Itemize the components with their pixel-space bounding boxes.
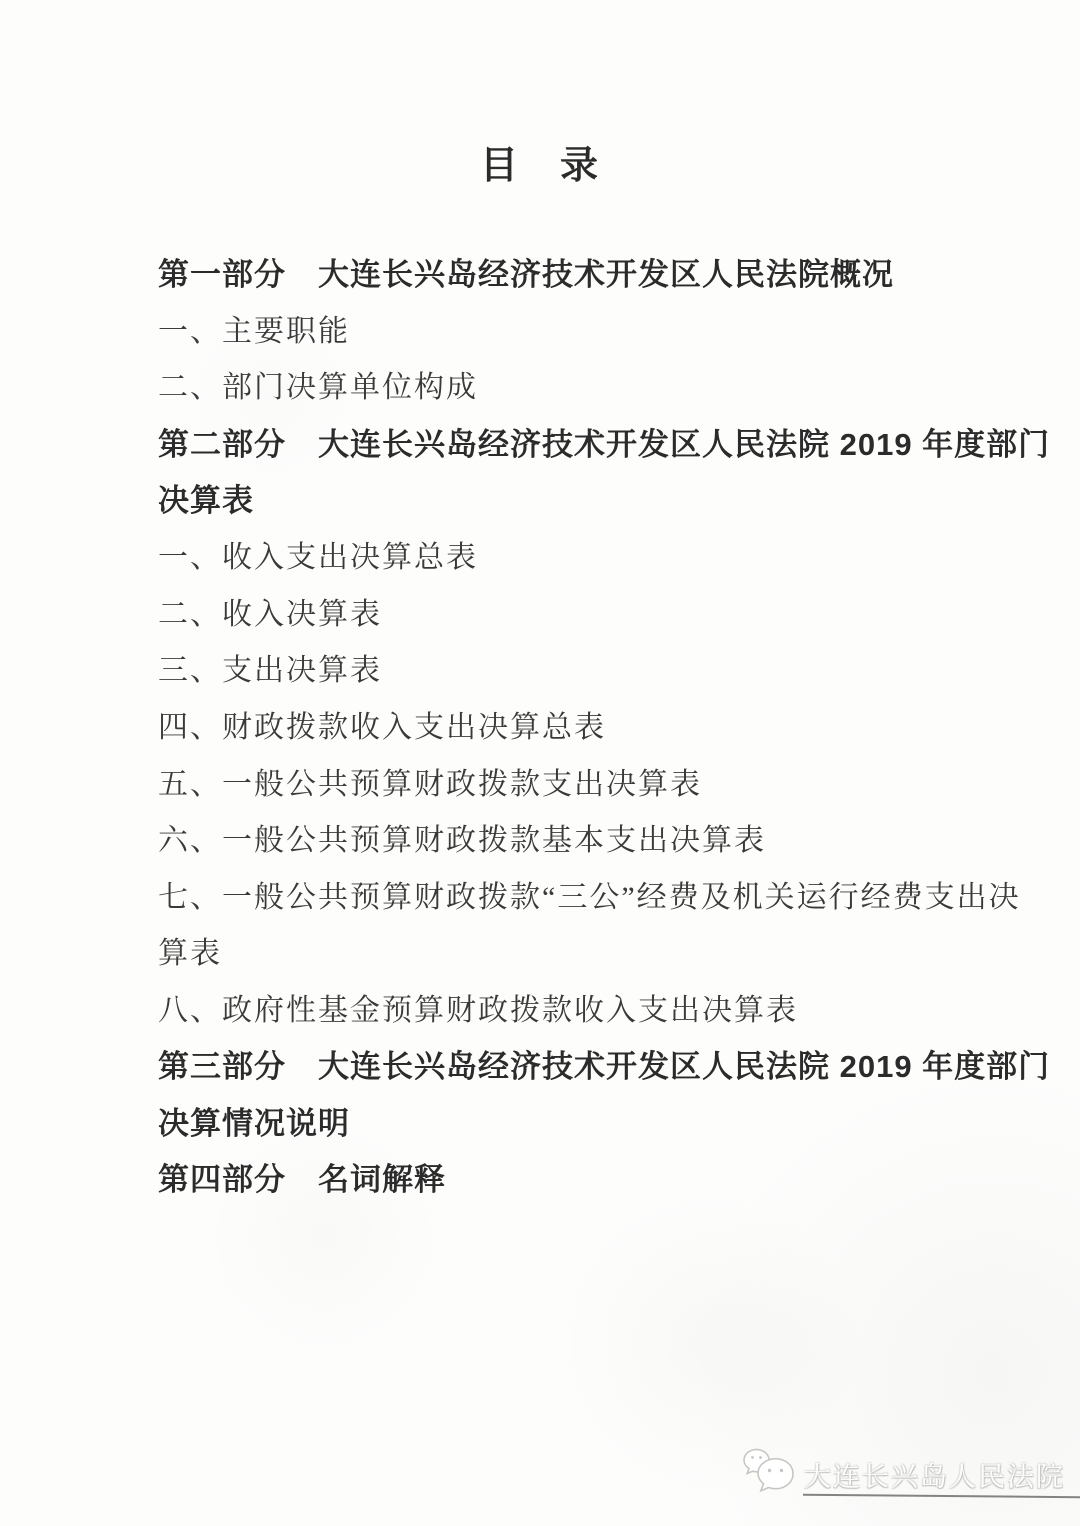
toc-item: 五、一般公共预算财政拨款支出决算表: [158, 752, 948, 809]
toc-heading: 第四部分 名词解释: [158, 1149, 948, 1206]
toc-heading: 第三部分 大连长兴岛经济技术开发区人民法院 2019 年度部门: [158, 1035, 948, 1092]
wechat-account-name: 大连长兴岛人民法院: [804, 1455, 1065, 1494]
toc: 第一部分 大连长兴岛经济技术开发区人民法院概况一、主要职能二、部门决算单位构成第…: [158, 243, 948, 1205]
wechat-icon: [742, 1447, 798, 1502]
toc-item: 七、一般公共预算财政拨款“三公”经费及机关运行经费支出决: [158, 866, 948, 923]
toc-item: 八、政府性基金预算财政拨款收入支出决算表: [158, 979, 948, 1036]
toc-item: 三、支出决算表: [158, 639, 948, 696]
toc-item: 一、收入支出决算总表: [158, 526, 948, 583]
toc-heading: 第一部分 大连长兴岛经济技术开发区人民法院概况: [158, 243, 948, 300]
document-page: 目 录 第一部分 大连长兴岛经济技术开发区人民法院概况一、主要职能二、部门决算单…: [0, 0, 1080, 1526]
toc-item: 四、财政拨款收入支出决算总表: [158, 696, 948, 753]
toc-heading: 决算表: [158, 469, 948, 526]
toc-item: 算表: [158, 922, 948, 979]
toc-heading: 决算情况说明: [158, 1092, 948, 1149]
toc-heading: 第二部分 大连长兴岛经济技术开发区人民法院 2019 年度部门: [158, 413, 948, 470]
page-title: 目 录: [0, 134, 1080, 189]
toc-item: 六、一般公共预算财政拨款基本支出决算表: [158, 809, 948, 866]
toc-item: 一、主要职能: [158, 300, 948, 357]
toc-item: 二、收入决算表: [158, 583, 948, 640]
toc-item: 二、部门决算单位构成: [158, 356, 948, 413]
